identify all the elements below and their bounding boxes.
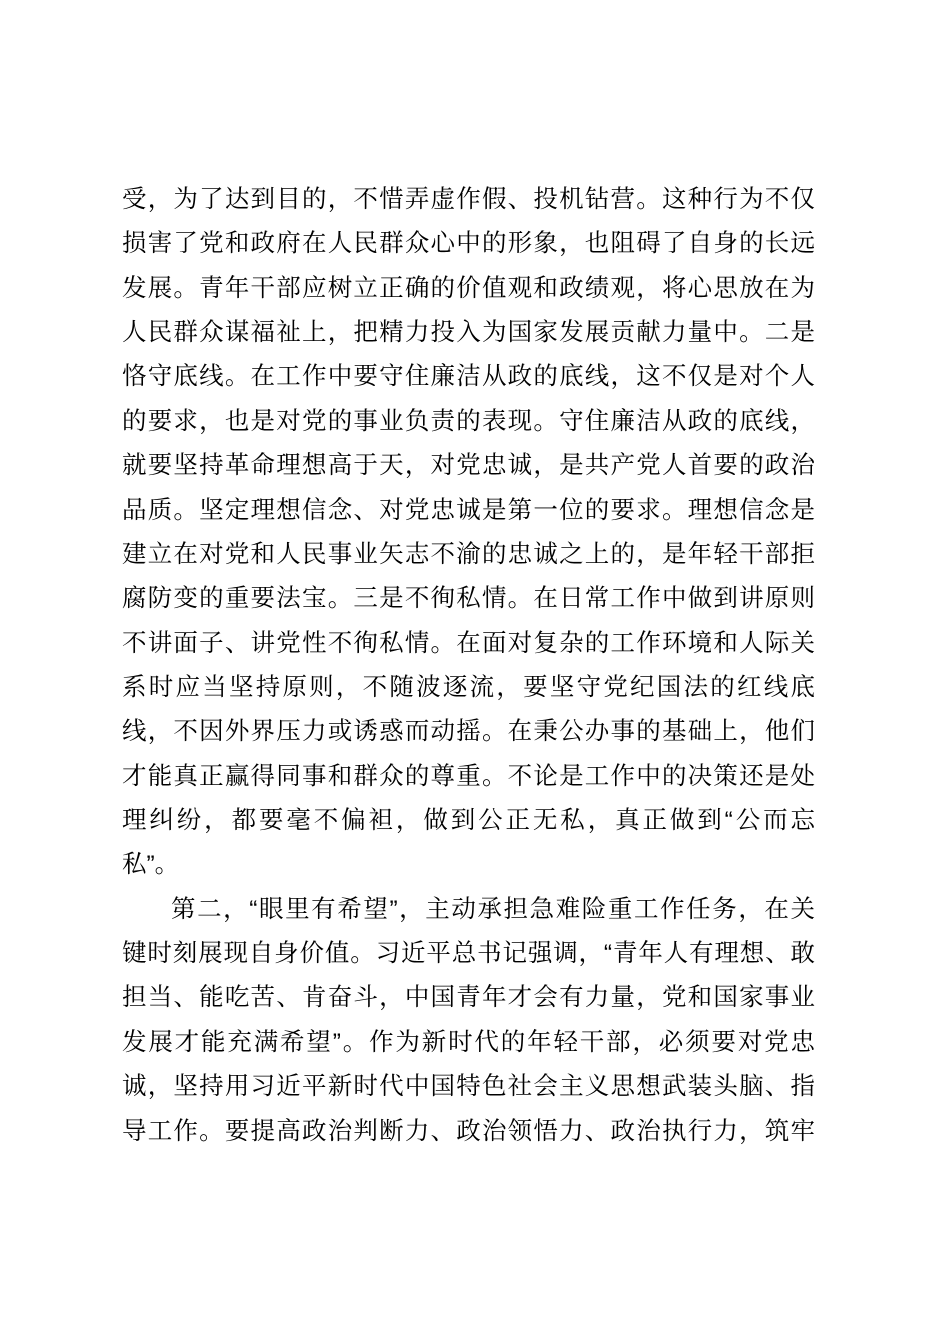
- document-page: 受，为了达到目的，不惜弄虚作假、投机钻营。这种行为不仅损害了党和政府在人民群众心…: [0, 0, 950, 1344]
- text-line: 的要求，也是对党的事业负责的表现。守住廉洁从政的底线，: [122, 400, 815, 444]
- document-text-block: 受，为了达到目的，不惜弄虚作假、投机钻营。这种行为不仅损害了党和政府在人民群众心…: [122, 178, 815, 1154]
- text-line: 担当、能吃苦、肯奋斗，中国青年才会有力量，党和国家事业: [122, 976, 815, 1020]
- text-line: 才能真正赢得同事和群众的尊重。不论是工作中的决策还是处: [122, 755, 815, 799]
- text-line: 发展才能充满希望”。作为新时代的年轻干部，必须要对党忠: [122, 1021, 815, 1065]
- text-line: 受，为了达到目的，不惜弄虚作假、投机钻营。这种行为不仅: [122, 178, 815, 222]
- paragraph-continued: 受，为了达到目的，不惜弄虚作假、投机钻营。这种行为不仅损害了党和政府在人民群众心…: [122, 178, 815, 888]
- text-line: 键时刻展现自身价值。习近平总书记强调，“青年人有理想、敢: [122, 932, 815, 976]
- text-line: 导工作。要提高政治判断力、政治领悟力、政治执行力，筑牢: [122, 1110, 815, 1154]
- text-line: 诚，坚持用习近平新时代中国特色社会主义思想武装头脑、指: [122, 1065, 815, 1109]
- text-line: 损害了党和政府在人民群众心中的形象，也阻碍了自身的长远: [122, 222, 815, 266]
- text-line: 就要坚持革命理想高于天，对党忠诚，是共产党人首要的政治: [122, 444, 815, 488]
- text-line: 腐防变的重要法宝。三是不徇私情。在日常工作中做到讲原则: [122, 577, 815, 621]
- text-line: 不讲面子、讲党性不徇私情。在面对复杂的工作环境和人际关: [122, 622, 815, 666]
- text-line: 理纠纷，都要毫不偏袒，做到公正无私，真正做到“公而忘: [122, 799, 815, 843]
- text-line: 第二，“眼里有希望”，主动承担急难险重工作任务，在关: [122, 888, 815, 932]
- text-line: 系时应当坚持原则，不随波逐流，要坚守党纪国法的红线底: [122, 666, 815, 710]
- text-line: 建立在对党和人民事业矢志不渝的忠诚之上的，是年轻干部拒: [122, 533, 815, 577]
- text-line: 恪守底线。在工作中要守住廉洁从政的底线，这不仅是对个人: [122, 355, 815, 399]
- text-line: 发展。青年干部应树立正确的价值观和政绩观，将心思放在为: [122, 267, 815, 311]
- text-line: 线，不因外界压力或诱惑而动摇。在秉公办事的基础上，他们: [122, 710, 815, 754]
- text-line: 私”。: [122, 843, 815, 887]
- text-line: 人民群众谋福祉上，把精力投入为国家发展贡献力量中。二是: [122, 311, 815, 355]
- paragraph-second-point: 第二，“眼里有希望”，主动承担急难险重工作任务，在关键时刻展现自身价值。习近平总…: [122, 888, 815, 1154]
- text-line: 品质。坚定理想信念、对党忠诚是第一位的要求。理想信念是: [122, 489, 815, 533]
